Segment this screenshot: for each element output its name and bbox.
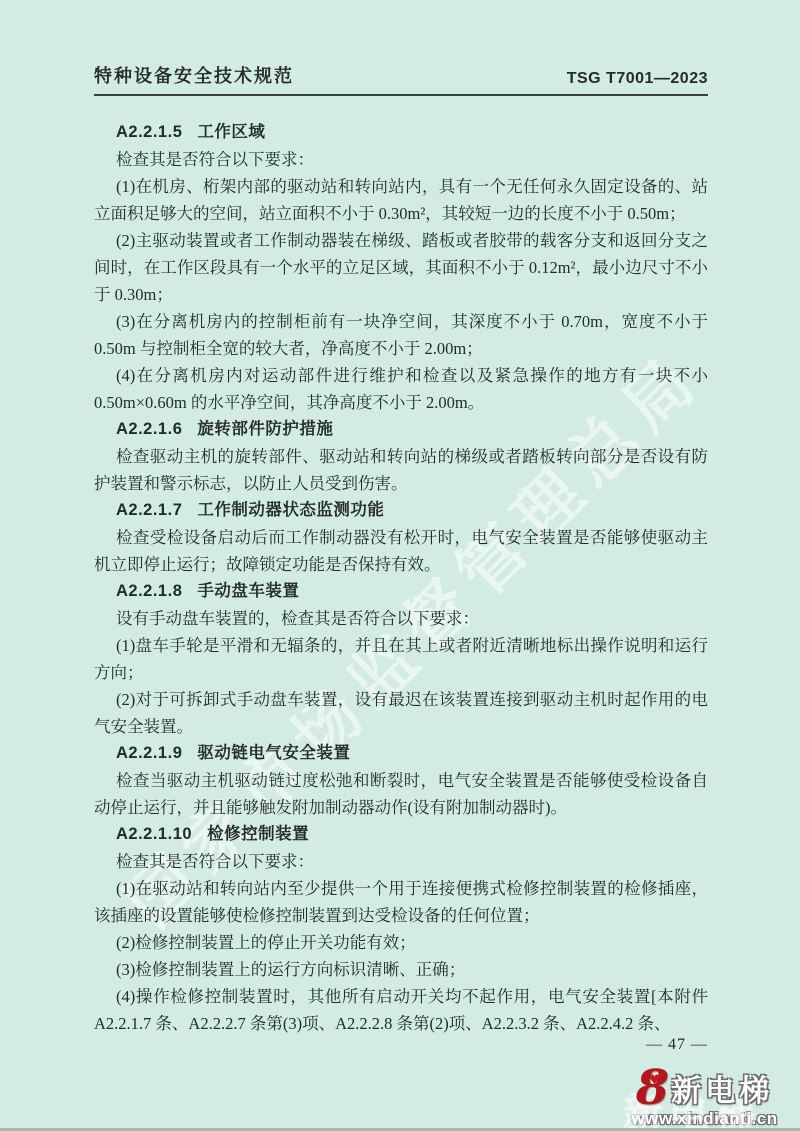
page-number: — 47 — <box>646 1036 708 1054</box>
clause-number: A2.2.1.10 <box>116 825 192 843</box>
clause-number: A2.2.1.7 <box>116 501 182 519</box>
paragraph: 检查受检设备启动后而工作制动器没有松开时，电气安全装置是否能够使驱动主机立即停止… <box>94 524 708 578</box>
paragraph: 设有手动盘车装置的，检查其是否符合以下要求： <box>94 605 708 632</box>
paragraph: (1)在机房、桁架内部的驱动站和转向站内，具有一个无任何永久固定设备的、站立面积… <box>94 173 708 227</box>
paragraph: (3)在分离机房内的控制柜前有一块净空间，其深度不小于 0.70m，宽度不小于 … <box>94 308 708 362</box>
clause-heading: A2.2.1.5工作区域 <box>94 119 708 146</box>
paragraph: (4)在分离机房内对运动部件进行维护和检查以及紧急操作的地方有一块不小 0.50… <box>94 362 708 416</box>
paragraph: (1)盘车手轮是平滑和无辐条的，并且在其上或者附近清晰地标出操作说明和运行方向； <box>94 632 708 686</box>
paragraph: (2)对于可拆卸式手动盘车装置，设有最迟在该装置连接到驱动主机时起作用的电气安全… <box>94 686 708 740</box>
clause-number: A2.2.1.6 <box>116 420 182 438</box>
paragraph: (1)在驱动站和转向站内至少提供一个用于连接便携式检修控制装置的检修插座，该插座… <box>94 875 708 929</box>
logo-name: 新电梯 <box>671 1066 773 1110</box>
clause-heading: A2.2.1.7工作制动器状态监测功能 <box>94 497 708 524</box>
clause-title: 旋转部件防护措施 <box>197 420 333 438</box>
paragraph: (3)检修控制装置上的运行方向标识清晰、正确； <box>94 956 708 983</box>
header-title: 特种设备安全技术规范 <box>94 62 294 88</box>
paragraph: 检查其是否符合以下要求： <box>94 848 708 875</box>
clause-heading: A2.2.1.6旋转部件防护措施 <box>94 416 708 443</box>
clause-heading: A2.2.1.9驱动链电气安全装置 <box>94 740 708 767</box>
clause-title: 工作制动器状态监测功能 <box>197 501 384 519</box>
paragraph: (4)操作检修控制装置时，其他所有启动开关均不起作用，电气安全装置[本附件 A2… <box>94 983 708 1037</box>
heart-icon: ♥ <box>649 1059 661 1103</box>
clause-number: A2.2.1.8 <box>116 582 182 600</box>
paragraph: (2)检修控制装置上的停止开关功能有效； <box>94 929 708 956</box>
clause-heading: A2.2.1.10检修控制装置 <box>94 821 708 848</box>
paragraph: (2)主驱动装置或者工作制动器装在梯级、踏板或者胶带的载客分支和返回分支之间时，… <box>94 227 708 308</box>
figure-8-ribbon-icon: 8♥ <box>636 1066 669 1110</box>
document-body: A2.2.1.5工作区域 检查其是否符合以下要求： (1)在机房、桁架内部的驱动… <box>94 119 708 1037</box>
page-header: 特种设备安全技术规范 TSG T7001—2023 <box>94 62 708 96</box>
clause-title: 驱动链电气安全装置 <box>197 744 350 762</box>
clause-number: A2.2.1.9 <box>116 744 182 762</box>
paragraph: 检查驱动主机的旋转部件、驱动站和转向站的梯级或者踏板转向部分是否设有防护装置和警… <box>94 443 708 497</box>
paragraph: 检查当驱动主机驱动链过度松弛和断裂时，电气安全装置是否能够使受检设备自动停止运行… <box>94 767 708 821</box>
logo-row: 8♥ 新电梯 <box>617 1066 792 1110</box>
header-doc-code: TSG T7001—2023 <box>567 70 708 88</box>
clause-heading: A2.2.1.8手动盘车装置 <box>94 578 708 605</box>
clause-title: 手动盘车装置 <box>197 582 299 600</box>
xindianti-logo: 新电梯 8♥ 新电梯 www.xindianti.cn <box>617 1066 792 1129</box>
clause-title: 检修控制装置 <box>207 825 309 843</box>
clause-number: A2.2.1.5 <box>116 123 182 141</box>
paragraph: 检查其是否符合以下要求： <box>94 146 708 173</box>
clause-title: 工作区域 <box>197 123 265 141</box>
